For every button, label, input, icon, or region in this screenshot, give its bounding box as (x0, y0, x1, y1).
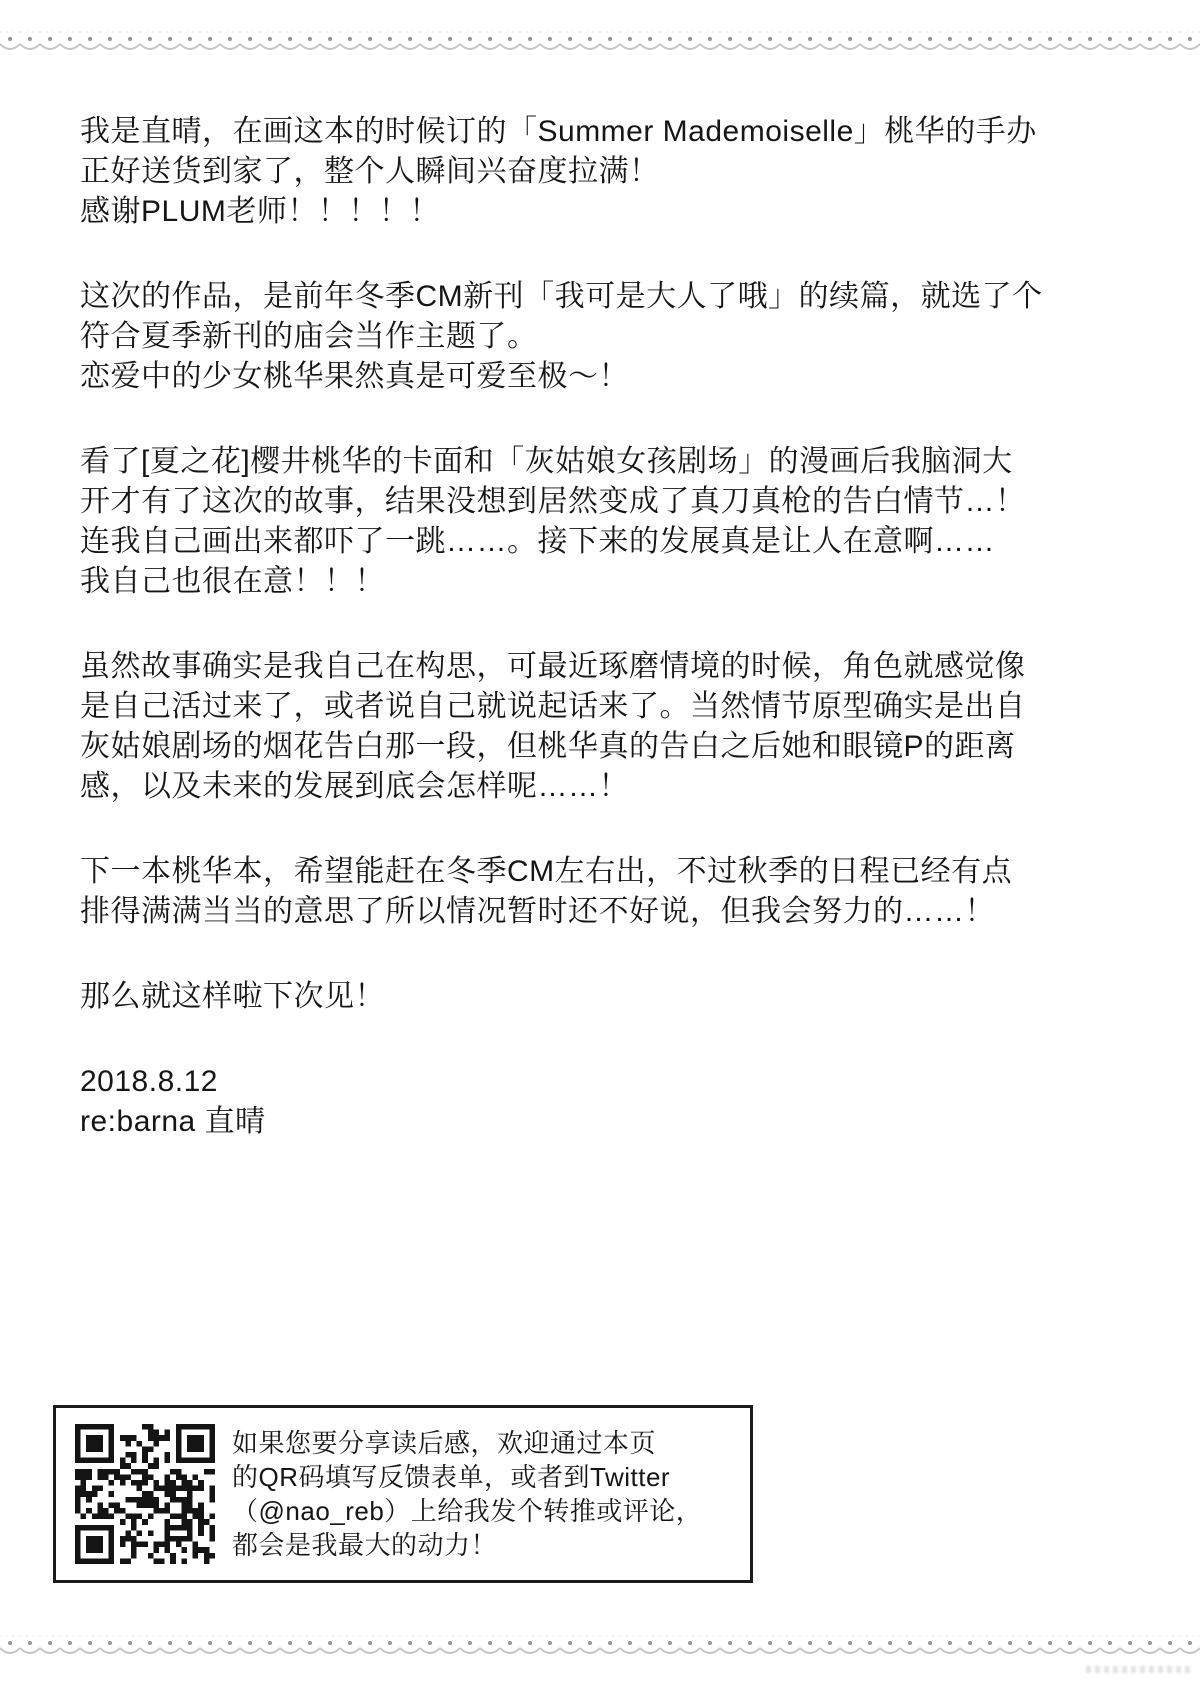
text-line: 那么就这样啦下次见！ (80, 977, 1105, 1017)
text-line: 恋爱中的少女桃华果然真是可爱至极～！ (80, 357, 1105, 397)
author-signature: re:barna 直晴 (80, 1102, 1105, 1142)
text-line: 这次的作品，是前年冬季CM新刊「我可是大人了哦」的续篇，就选了个 (80, 277, 1105, 317)
signature-block: 2018.8.12 re:barna 直晴 (80, 1062, 1105, 1142)
text-line: 都会是我最大的动力！ (232, 1528, 702, 1562)
text-line: 开才有了这次的故事，结果没想到居然变成了真刀真枪的告白情节…！ (80, 482, 1105, 522)
text-line: 符合夏季新刊的庙会当作主题了。 (80, 317, 1105, 357)
text-line: （@nao_reb）上给我发个转推或评论， (232, 1494, 702, 1528)
paragraph-closing: 那么就这样啦下次见！ (80, 977, 1105, 1017)
text-line: 下一本桃华本，希望能赶在冬季CM左右出，不过秋季的日程已经有点 (80, 852, 1105, 892)
text-line: 看了[夏之花]樱井桃华的卡面和「灰姑娘女孩剧场」的漫画后我脑洞大 (80, 442, 1105, 482)
lace-border-bottom (0, 1634, 1200, 1662)
text-line: 灰姑娘剧场的烟花告白那一段，但桃华真的告白之后她和眼镜P的距离 (80, 727, 1105, 767)
afterword-text: 我是直晴，在画这本的时候订的「Summer Mademoiselle」桃华的手办… (80, 112, 1105, 1142)
text-line: 是自己活过来了，或者说自己就说起话来了。当然情节原型确实是出自 (80, 687, 1105, 727)
text-line: 正好送货到家了，整个人瞬间兴奋度拉满！ (80, 152, 1105, 192)
lace-border-top (0, 30, 1200, 58)
text-line: 虽然故事确实是我自己在构思，可最近琢磨情境的时候，角色就感觉像 (80, 647, 1105, 687)
text-line: 我自己也很在意！！！ (80, 562, 1105, 602)
text-line: 感谢PLUM老师！！！！！ (80, 192, 1105, 232)
text-line: 我是直晴，在画这本的时候订的「Summer Mademoiselle」桃华的手办 (80, 112, 1105, 152)
text-line: 连我自己画出来都吓了一跳……。接下来的发展真是让人在意啊…… (80, 522, 1105, 562)
paragraph-inspiration: 看了[夏之花]樱井桃华的卡面和「灰姑娘女孩剧场」的漫画后我脑洞大 开才有了这次的… (80, 442, 1105, 602)
paragraph-characters: 虽然故事确实是我自己在构思，可最近琢磨情境的时候，角色就感觉像 是自己活过来了，… (80, 647, 1105, 807)
paragraph-figure-arrival: 我是直晴，在画这本的时候订的「Summer Mademoiselle」桃华的手办… (80, 112, 1105, 232)
feedback-text: 如果您要分享读后感，欢迎通过本页 的QR码填写反馈表单，或者到Twitter （… (232, 1426, 702, 1562)
text-line: 的QR码填写反馈表单，或者到Twitter (232, 1460, 702, 1494)
text-line: 排得满满当当的意思了所以情况暂时还不好说，但我会努力的……！ (80, 892, 1105, 932)
afterword-page: 我是直晴，在画这本的时候订的「Summer Mademoiselle」桃华的手办… (0, 0, 1200, 1694)
date-text: 2018.8.12 (80, 1062, 1105, 1102)
text-line: 感，以及未来的发展到底会怎样呢……！ (80, 767, 1105, 807)
paragraph-next-book: 下一本桃华本，希望能赶在冬季CM左右出，不过秋季的日程已经有点 排得满满当当的意… (80, 852, 1105, 932)
text-line: 如果您要分享读后感，欢迎通过本页 (232, 1426, 702, 1460)
bottom-watermark (1086, 1666, 1190, 1673)
paragraph-sequel-theme: 这次的作品，是前年冬季CM新刊「我可是大人了哦」的续篇，就选了个 符合夏季新刊的… (80, 277, 1105, 397)
feedback-box: 如果您要分享读后感，欢迎通过本页 的QR码填写反馈表单，或者到Twitter （… (53, 1405, 753, 1583)
qr-code-icon (75, 1424, 215, 1564)
